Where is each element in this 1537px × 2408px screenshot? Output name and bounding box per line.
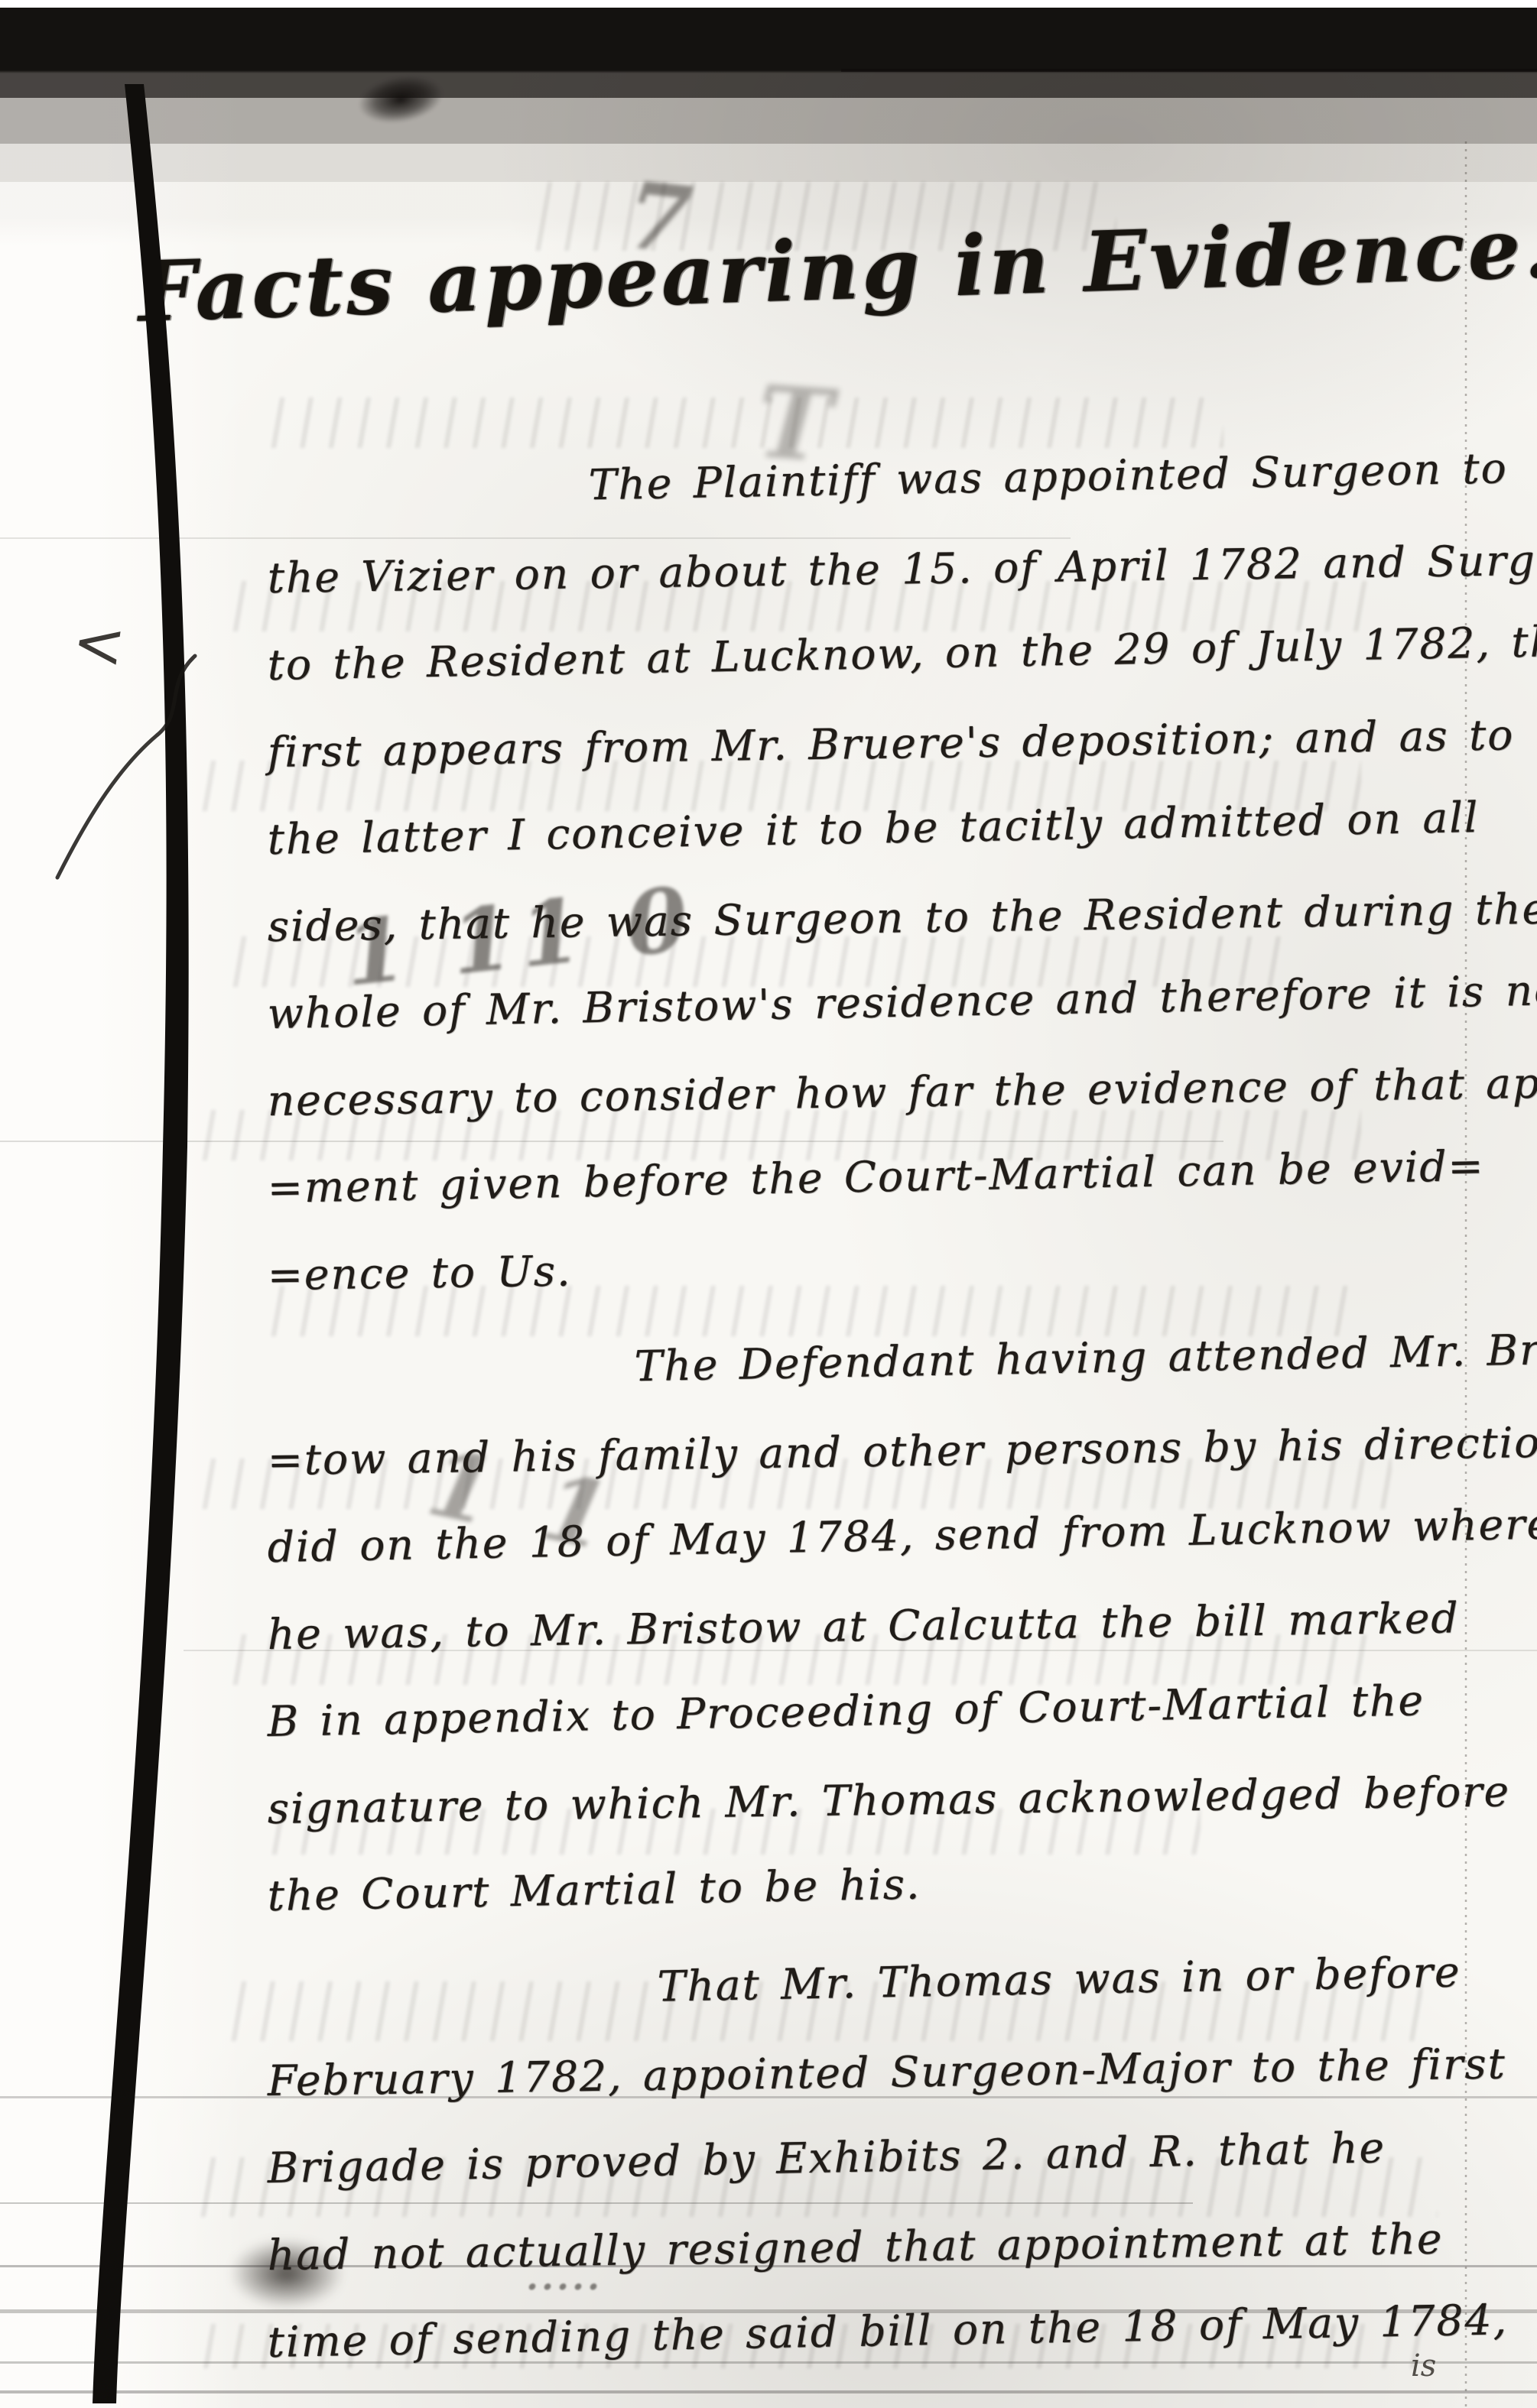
binding-bar: [93, 84, 189, 2403]
scan-artifacts-overlay: [0, 0, 1537, 2408]
band-edge-line: [841, 69, 1537, 72]
manuscript-page: 7 T 1 11 0 1 1 ..... Facts appearing in …: [0, 0, 1537, 2408]
